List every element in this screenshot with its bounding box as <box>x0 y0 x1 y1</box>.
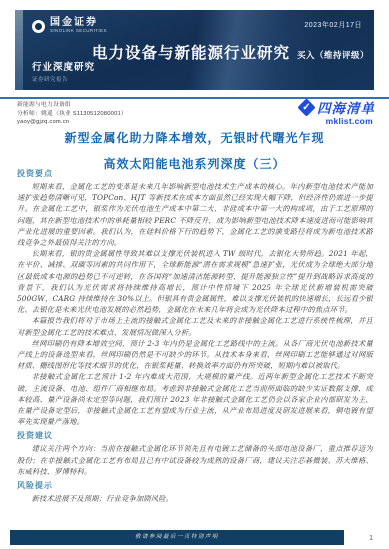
watermark-row: ✓ 四海清单 <box>300 97 375 117</box>
category-sublabel: 证券研究报告 <box>32 75 95 83</box>
sinolink-logo-icon <box>32 20 45 33</box>
report-category: 行业深度研究 证券研究报告 <box>32 59 95 83</box>
rating-badge: 买入（维持评级） <box>297 49 369 61</box>
analyst-block: 新能源与电力设备组 分析师：姚遥（执业 S1130512080001） yaoy… <box>17 101 127 127</box>
watermark-domain: mklist.com <box>326 116 375 126</box>
paragraph: 短期来看，金属化工艺的变革是未来几年影响新型电池技术生产成本的核心。年内新型电池… <box>17 181 373 248</box>
paragraph: 非接触式金属化工艺预计 1-2 年内难成大范围、大规模的量产线。近两年新型金属化… <box>17 371 373 427</box>
watermark-logo: ✓ 四海清单 mklist.com <box>300 97 375 126</box>
section-heading-risk-warning: 风险提示 <box>17 480 373 491</box>
analyst-team: 新能源与电力设备组 <box>17 101 127 110</box>
banner-title-row: 电力设备与新能源行业研究 买入（维持评级） <box>92 41 369 63</box>
paragraph: 新技术进展不及预期；行业竞争加剧风险。 <box>17 493 373 504</box>
check-diamond-icon: ✓ <box>297 98 315 116</box>
category-label: 行业深度研究 <box>32 59 95 73</box>
brand-name-en: SINOLINK SECURITIES <box>50 28 107 34</box>
analyst-email: yaoy@gjzq.com.cn <box>17 118 127 127</box>
footer-disclaimer-bar: 敬请参阅最后一页特别声明 <box>10 530 344 545</box>
paragraph: 长期来看，银的贵金属属性导致其难以支撑光伏装机进入 TW 级时代，去银化大势所趋… <box>17 248 373 315</box>
paragraph: 建议关注两个方向：当前在接触式金属化环节领先且有电镀工艺储备的头部电池设备厂，重… <box>17 443 373 477</box>
section-heading-key-points: 投资要点 <box>17 168 373 179</box>
brand-text: 国金证券 SINOLINK SECURITIES <box>50 18 107 34</box>
brand-logo: 国金证券 SINOLINK SECURITIES <box>32 18 107 34</box>
watermark-name: 四海清单 <box>317 97 375 117</box>
page-number: 1 <box>369 535 373 542</box>
report-header-banner: 国金证券 SINOLINK SECURITIES 2023年02月17日 电力设… <box>15 10 374 90</box>
analyst-name-line: 分析师：姚遥（执业 S1130512080001） <box>17 110 127 119</box>
document-title: 新型金属化助力降本增效，无银时代曙光乍现 高效太阳能电池系列深度（三） <box>0 129 389 172</box>
report-date: 2023年02月17日 <box>304 20 362 30</box>
report-body: 投资要点 短期来看，金属化工艺的变革是未来几年影响新型电池技术生产成本的核心。年… <box>17 168 373 504</box>
industry-report-title: 电力设备与新能源行业研究 <box>92 41 290 63</box>
brand-name: 国金证券 <box>50 18 107 28</box>
paragraph: 丝网印刷仍有降本增效空间，预计 2-3 年内仍是金属化工艺路线中的主流。从各厂商… <box>17 338 373 372</box>
paragraph: 本篇报告我们将对于市场上主流的接触式金属化工艺及未来的非接触金属化工艺进行系统性… <box>17 315 373 337</box>
section-heading-investment-advice: 投资建议 <box>17 430 373 441</box>
title-line-1: 新型金属化助力降本增效，无银时代曙光乍现 <box>0 129 389 146</box>
